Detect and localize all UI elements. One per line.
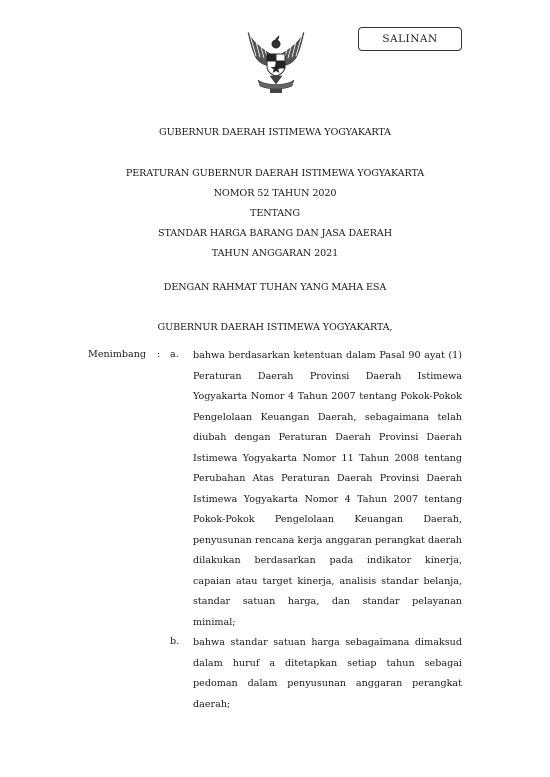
budget-year: TAHUN ANGGARAN 2021 bbox=[0, 248, 550, 259]
item-text-line: bahwa berdasarkan ketentuan dalam Pasal … bbox=[193, 349, 462, 363]
about-label: TENTANG bbox=[0, 208, 550, 219]
item-text-line: Yogyakarta Nomor 4 Tahun 2007 tentang Po… bbox=[193, 390, 462, 404]
item-text-line: Perubahan Atas Peraturan Daerah Provinsi… bbox=[193, 472, 462, 486]
item-text-line: Pokok-Pokok Pengelolaan Keuangan Daerah, bbox=[193, 513, 462, 527]
item-marker: b. bbox=[170, 636, 179, 647]
salinan-stamp: SALINAN bbox=[358, 27, 462, 51]
garuda-emblem-icon bbox=[236, 26, 316, 96]
considering-label: Menimbang bbox=[88, 349, 146, 360]
item-text-line: capaian atau target kinerja, analisis st… bbox=[193, 575, 462, 589]
item-text-line: dilakukan berdasarkan pada indikator kin… bbox=[193, 554, 462, 568]
item-text-line: Pengelolaan Keuangan Daerah, sebagaimana… bbox=[193, 411, 462, 425]
item-text-line: penyusunan rencana kerja anggaran perang… bbox=[193, 534, 462, 548]
issuer-title: GUBERNUR DAERAH ISTIMEWA YOGYAKARTA bbox=[0, 127, 550, 138]
regulation-number: NOMOR 52 TAHUN 2020 bbox=[0, 188, 550, 199]
item-text-line: dalam huruf a ditetapkan setiap tahun se… bbox=[193, 657, 462, 671]
item-text-line: Istimewa Yogyakarta Nomor 4 Tahun 2007 t… bbox=[193, 493, 462, 507]
item-marker: a. bbox=[170, 349, 179, 360]
item-text-line: bahwa standar satuan harga sebagaimana d… bbox=[193, 636, 462, 650]
item-text-line: minimal; bbox=[193, 616, 462, 630]
item-text-line: Peraturan Daerah Provinsi Daerah Istimew… bbox=[193, 370, 462, 384]
regulation-title: PERATURAN GUBERNUR DAERAH ISTIMEWA YOGYA… bbox=[0, 168, 550, 179]
item-text-line: Istimewa Yogyakarta Nomor 11 Tahun 2008 … bbox=[193, 452, 462, 466]
item-text-line: daerah; bbox=[193, 698, 462, 712]
item-text-line: diubah dengan Peraturan Daerah Provinsi … bbox=[193, 431, 462, 445]
item-text-line: pedoman dalam penyusunan anggaran perang… bbox=[193, 677, 462, 691]
authority: GUBERNUR DAERAH ISTIMEWA YOGYAKARTA, bbox=[0, 322, 550, 333]
emblem bbox=[236, 26, 316, 96]
item-text-line: standar satuan harga, dan standar pelaya… bbox=[193, 595, 462, 609]
regulation-subject: STANDAR HARGA BARANG DAN JASA DAERAH bbox=[0, 228, 550, 239]
invocation: DENGAN RAHMAT TUHAN YANG MAHA ESA bbox=[0, 282, 550, 293]
considering-colon: : bbox=[157, 349, 160, 360]
